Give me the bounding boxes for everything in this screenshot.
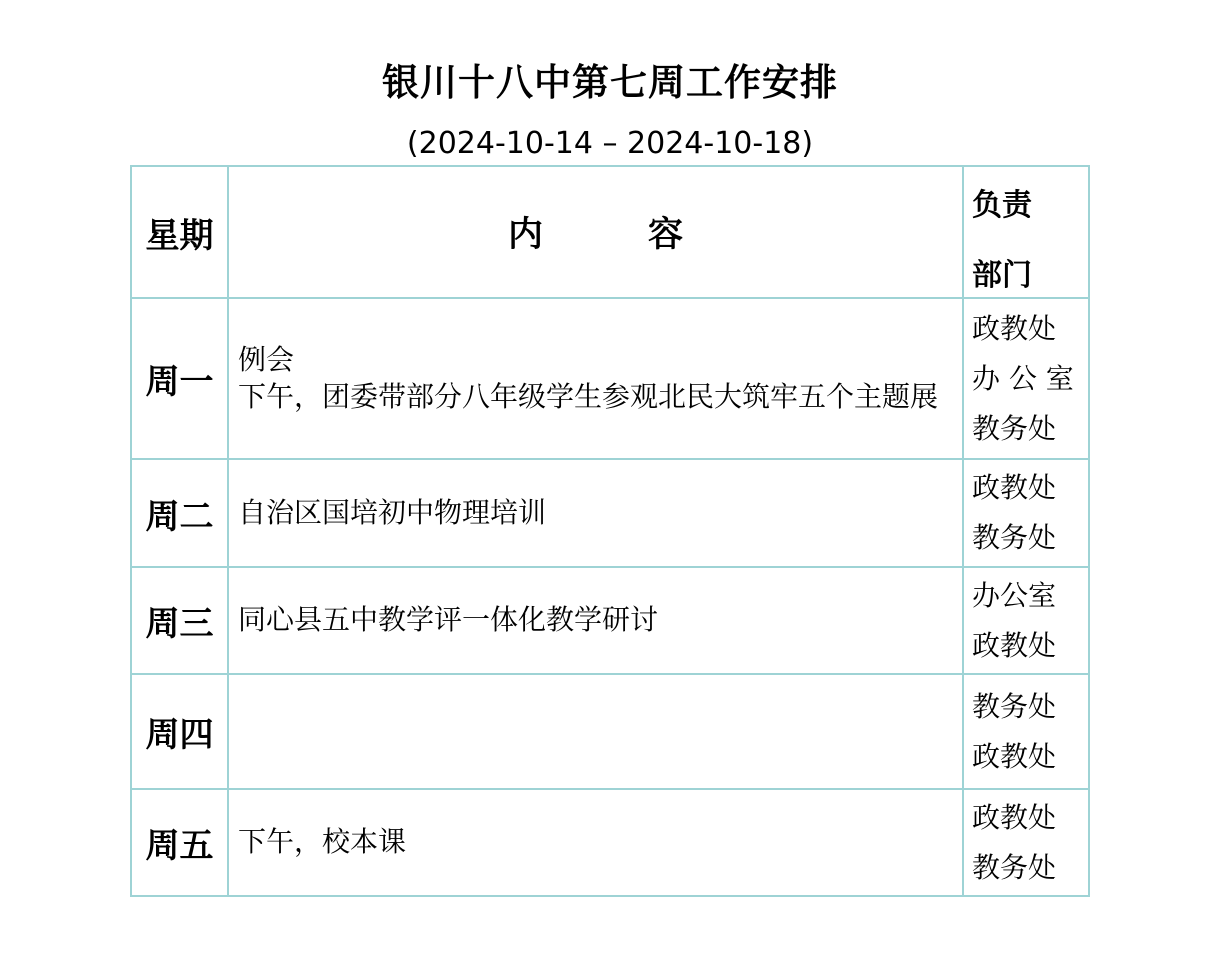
department-line: 教务处 [972, 843, 1088, 893]
table-row-friday: 周五 下午，校本课 政教处 教务处 [131, 789, 1089, 896]
department-line: 政教处 [972, 621, 1088, 671]
content-line: 同心县五中教学评一体化教学研讨 [238, 602, 962, 638]
content-line: 下午，团委带部分八年级学生参观北民大筑牢五个主题展 [238, 379, 962, 415]
page-title: 银川十八中第七周工作安排 [0, 52, 1220, 106]
header-department-line2: 部门 [972, 250, 1088, 294]
day-label: 周四 [131, 674, 228, 789]
department-cell: 政教处 教务处 [963, 789, 1089, 896]
department-line: 教务处 [972, 513, 1088, 563]
department-line: 政教处 [972, 304, 1088, 354]
department-line: 政教处 [972, 793, 1088, 843]
department-cell: 政教处 办 公 室 教务处 [963, 298, 1089, 459]
table-row-wednesday: 周三 同心县五中教学评一体化教学研讨 办公室 政教处 [131, 567, 1089, 674]
table-row-tuesday: 周二 自治区国培初中物理培训 政教处 教务处 [131, 459, 1089, 567]
content-line: 自治区国培初中物理培训 [238, 495, 962, 531]
department-line: 办 公 室 [972, 354, 1088, 404]
content-cell: 例会 下午，团委带部分八年级学生参观北民大筑牢五个主题展 [228, 298, 963, 459]
content-cell: 同心县五中教学评一体化教学研讨 [228, 567, 963, 674]
department-line: 办公室 [972, 571, 1088, 621]
header-content: 内 容 [228, 166, 963, 298]
day-label: 周五 [131, 789, 228, 896]
content-line: 例会 [238, 342, 962, 378]
header-department: 负责 部门 [963, 166, 1089, 298]
schedule-page: 银川十八中第七周工作安排 (2024-10-14 – 2024-10-18) 星… [0, 0, 1220, 962]
content-cell: 自治区国培初中物理培训 [228, 459, 963, 567]
table-row-monday: 周一 例会 下午，团委带部分八年级学生参观北民大筑牢五个主题展 政教处 办 公 … [131, 298, 1089, 459]
department-cell: 政教处 教务处 [963, 459, 1089, 567]
header-department-line1: 负责 [972, 180, 1088, 224]
day-label: 周三 [131, 567, 228, 674]
table-header-row: 星期 内 容 负责 部门 [131, 166, 1089, 298]
header-day: 星期 [131, 166, 228, 298]
table-row-thursday: 周四 教务处 政教处 [131, 674, 1089, 789]
content-cell [228, 674, 963, 789]
department-line: 教务处 [972, 682, 1088, 732]
content-cell: 下午，校本课 [228, 789, 963, 896]
department-line: 教务处 [972, 404, 1088, 454]
department-cell: 教务处 政教处 [963, 674, 1089, 789]
day-label: 周二 [131, 459, 228, 567]
department-line: 政教处 [972, 732, 1088, 782]
department-line: 政教处 [972, 463, 1088, 513]
day-label: 周一 [131, 298, 228, 459]
weekly-schedule-table: 星期 内 容 负责 部门 周一 例会 下午，团委带部分八年级学生参观北民大筑牢五… [130, 165, 1090, 897]
department-cell: 办公室 政教处 [963, 567, 1089, 674]
content-line: 下午，校本课 [238, 824, 962, 860]
date-range: (2024-10-14 – 2024-10-18) [0, 126, 1220, 161]
